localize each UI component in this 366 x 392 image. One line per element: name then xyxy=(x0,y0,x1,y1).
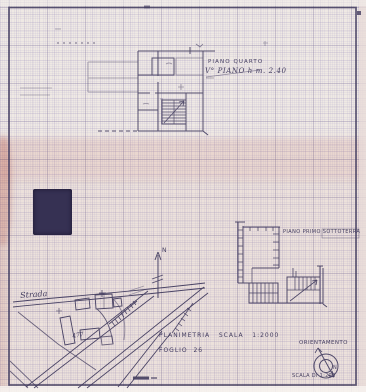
planimetria-scale-label: PLANIMETRIA SCALA 1:2000 xyxy=(159,333,279,340)
north-letter-compass: N xyxy=(333,366,337,372)
upper-plan-note: V° PIANO h m. 2.40 xyxy=(205,68,287,76)
north-arrow xyxy=(129,252,163,298)
orientamento-label: ORIENTAMENTO xyxy=(299,340,348,346)
upper-floor-plan xyxy=(20,29,268,135)
foglio-label: FOGLIO 26 xyxy=(159,348,203,355)
upper-plan-title: PIANO QUARTO xyxy=(208,59,263,65)
solid-ink-square xyxy=(33,189,72,235)
lower-plan-title: PIANO PRIMO SOTTOTERRA xyxy=(283,230,360,236)
north-letter-map: N xyxy=(162,248,167,255)
scale-label: SCALA DI 1:200 xyxy=(292,374,336,380)
scanned-plan-sheet: PIANO QUARTO V° PIANO h m. 2.40 PIANO PR… xyxy=(0,0,366,392)
